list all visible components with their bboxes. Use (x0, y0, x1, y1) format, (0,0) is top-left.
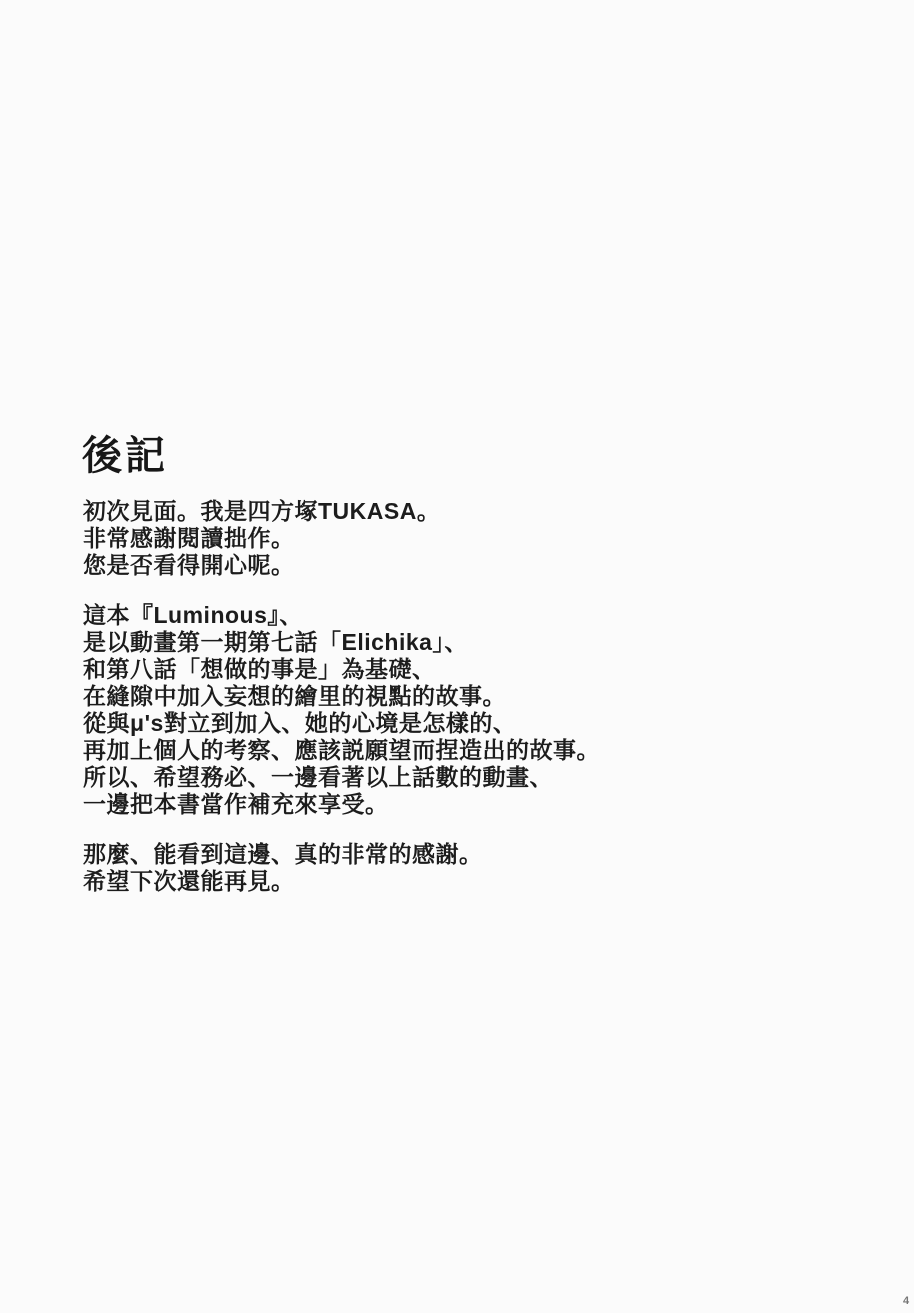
paragraph-closing: 那麼、能看到這邊、真的非常的感謝。 希望下次還能再見。 (83, 841, 483, 895)
paragraph-body: 這本『Luminous』、 是以動畫第一期第七話「Elichika」、 和第八話… (83, 602, 600, 818)
text-line: 這本『Luminous』、 (83, 602, 600, 629)
afterword-page: 後記 初次見面。我是四方塚TUKASA。 非常感謝閱讀拙作。 您是否看得開心呢。… (0, 0, 914, 1313)
page-title: 後記 (82, 424, 168, 481)
text-line: 和第八話「想做的事是」為基礎、 (83, 656, 600, 683)
text-line: 您是否看得開心呢。 (83, 552, 440, 579)
text-line: 希望下次還能再見。 (83, 868, 483, 895)
text-line: 初次見面。我是四方塚TUKASA。 (83, 498, 440, 525)
text-line: 從與μ's對立到加入、她的心境是怎樣的、 (83, 710, 600, 737)
text-line: 那麼、能看到這邊、真的非常的感謝。 (83, 841, 483, 868)
text-line: 在縫隙中加入妄想的繪里的視點的故事。 (83, 683, 600, 710)
paragraph-intro: 初次見面。我是四方塚TUKASA。 非常感謝閱讀拙作。 您是否看得開心呢。 (83, 498, 440, 579)
text-line: 再加上個人的考察、應該説願望而捏造出的故事。 (83, 737, 600, 764)
text-line: 非常感謝閱讀拙作。 (83, 525, 440, 552)
page-number-fragment: 4 (903, 1295, 909, 1307)
text-line: 一邊把本書當作補充來享受。 (83, 791, 600, 818)
text-line: 所以、希望務必、一邊看著以上話數的動畫、 (83, 764, 600, 791)
text-line: 是以動畫第一期第七話「Elichika」、 (83, 629, 600, 656)
